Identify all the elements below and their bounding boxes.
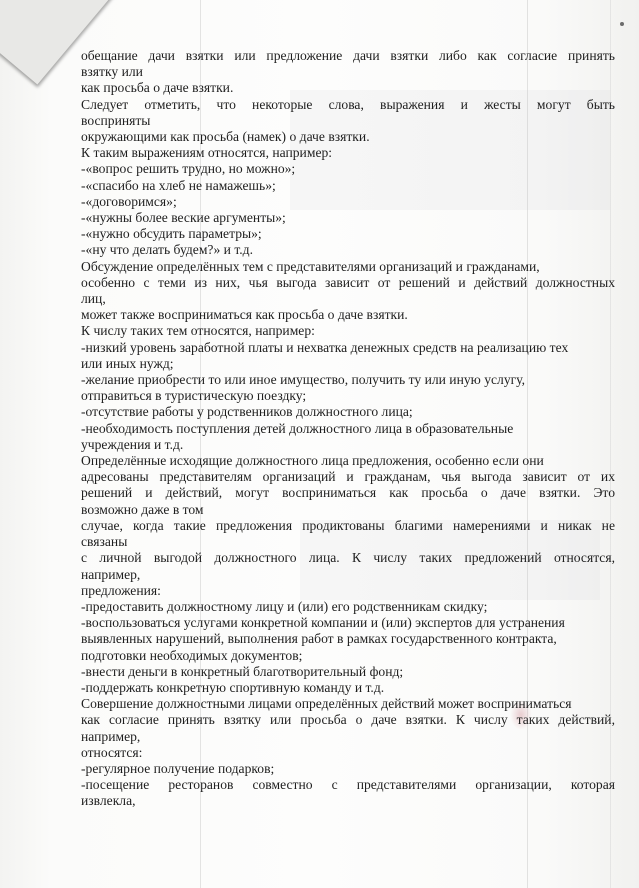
text-line: -регулярное получение подарков; [81, 761, 615, 777]
text-line: например, [81, 567, 615, 583]
text-line: с личной выгодой должностного лица. К чи… [81, 550, 615, 566]
text-line: -«ну что делать будем?» и т.д. [81, 242, 615, 258]
text-line: -предоставить должностному лицу и (или) … [81, 599, 615, 615]
text-line: -отсутствие работы у родственников должн… [81, 404, 615, 420]
text-line: -«договоримся»; [81, 194, 615, 210]
text-line: -«спасибо на хлеб не намажешь»; [81, 178, 615, 194]
text-line: может также восприниматься как просьба о… [81, 307, 615, 323]
text-line: подготовки необходимых документов; [81, 648, 615, 664]
text-line: случае, когда такие предложения продикто… [81, 518, 615, 534]
text-line: взятку или [81, 64, 615, 80]
text-line: К числу таких тем относятся, например: [81, 323, 615, 339]
text-line: решений и действий, могут восприниматься… [81, 485, 615, 501]
text-line: как просьба о даче взятки. [81, 80, 615, 96]
text-line: лиц, [81, 291, 615, 307]
text-line: отправиться в туристическую поездку; [81, 388, 615, 404]
text-line: -посещение ресторанов совместно с предст… [81, 777, 615, 793]
text-line: выявленных нарушений, выполнения работ в… [81, 631, 615, 647]
text-line: особенно с теми из них, чья выгода завис… [81, 275, 615, 291]
text-line: Определённые исходящие должностного лица… [81, 453, 615, 469]
text-line: -внести деньги в конкретный благотворите… [81, 664, 615, 680]
text-line: или иных нужд; [81, 356, 615, 372]
text-line: адресованы представителям организаций и … [81, 469, 615, 485]
text-line: -необходимость поступления детей должнос… [81, 421, 615, 437]
text-line: учреждения и т.д. [81, 437, 615, 453]
text-line: -воспользоваться услугами конкретной ком… [81, 615, 615, 631]
text-line: -низкий уровень заработной платы и нехва… [81, 340, 615, 356]
scanned-page: обещание дачи взятки или предложение дач… [0, 0, 639, 888]
scan-dot [620, 22, 624, 26]
text-line: предложения: [81, 583, 615, 599]
document-body: обещание дачи взятки или предложение дач… [81, 48, 615, 810]
text-line: Совершение должностными лицами определён… [81, 696, 615, 712]
text-line: извлекла, [81, 793, 615, 809]
text-line: -«нужны более веские аргументы»; [81, 210, 615, 226]
text-line: окружающими как просьба (намек) о даче в… [81, 129, 615, 145]
text-line: обещание дачи взятки или предложение дач… [81, 48, 615, 64]
text-line: -поддержать конкретную спортивную команд… [81, 680, 615, 696]
text-line: -«нужно обсудить параметры»; [81, 226, 615, 242]
text-line: Следует отметить, что некоторые слова, в… [81, 97, 615, 113]
text-line: Обсуждение определённых тем с представит… [81, 259, 615, 275]
text-line: К таким выражениям относятся, например: [81, 145, 615, 161]
text-line: возможно даже в том [81, 502, 615, 518]
text-line: восприняты [81, 113, 615, 129]
text-line: связаны [81, 534, 615, 550]
text-line: -«вопрос решить трудно, но можно»; [81, 161, 615, 177]
text-line: относятся: [81, 745, 615, 761]
text-line: -желание приобрести то или иное имуществ… [81, 372, 615, 388]
text-line: например, [81, 729, 615, 745]
text-line: как согласие принять взятку или просьба … [81, 712, 615, 728]
